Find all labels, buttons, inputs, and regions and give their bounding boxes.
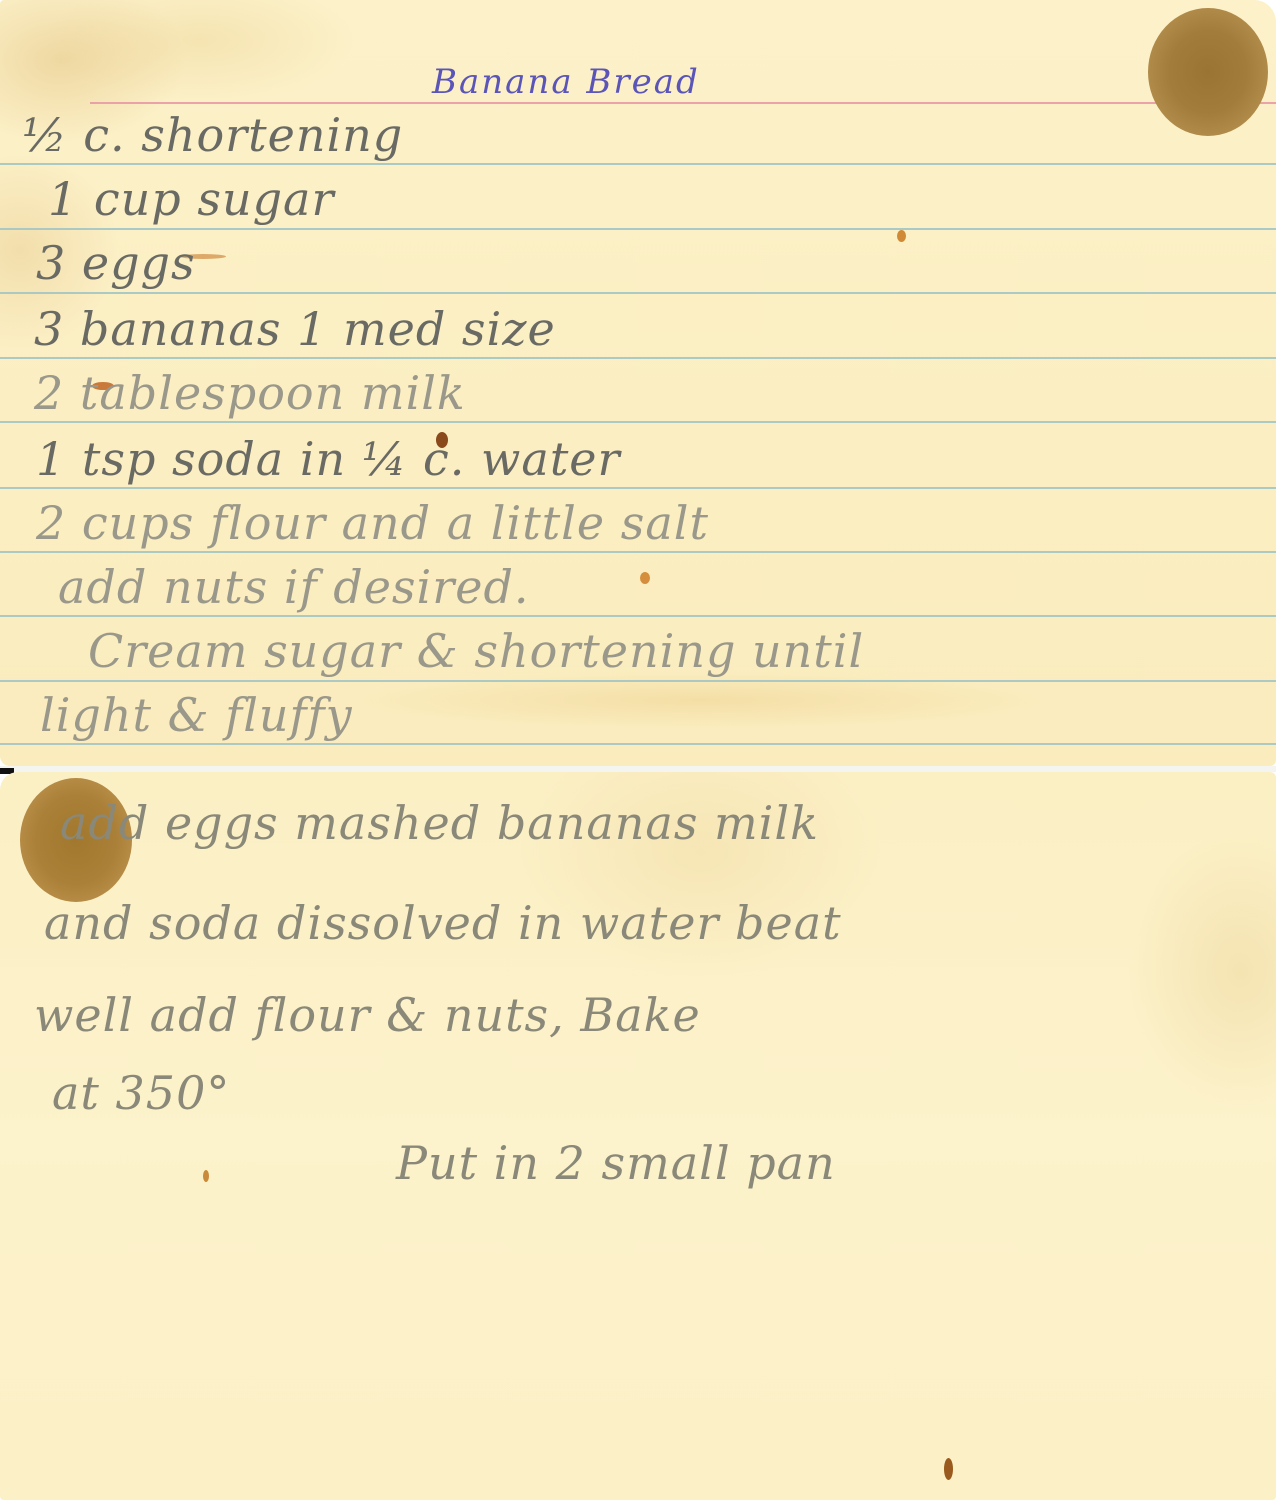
instruction-line: add eggs mashed bananas milk xyxy=(60,796,819,850)
ruled-line xyxy=(0,551,1276,553)
ruled-line xyxy=(0,743,1276,745)
grease-stain xyxy=(1148,8,1268,136)
ruled-line xyxy=(0,421,1276,423)
ingredient-line: 1 cup sugar xyxy=(48,172,334,226)
recipe-title: Banana Bread xyxy=(432,62,700,102)
ingredient-line: 1 tsp soda in ¼ c. water xyxy=(36,432,621,486)
ruled-line xyxy=(0,228,1276,230)
stain-spot xyxy=(897,230,906,242)
ingredient-line: 2 cups flour and a little salt xyxy=(36,496,709,550)
instruction-line: light & fluffy xyxy=(40,688,353,742)
instruction-line: Cream sugar & shortening until xyxy=(88,624,864,678)
ruled-line xyxy=(0,357,1276,359)
instruction-line: at 350° xyxy=(52,1066,230,1120)
stain-spot xyxy=(944,1458,953,1480)
instruction-line: Put in 2 small pan xyxy=(396,1136,836,1190)
ruled-line xyxy=(0,680,1276,682)
red-header-rule xyxy=(90,102,1276,104)
ingredient-line: 3 eggs xyxy=(36,236,196,290)
ruled-line xyxy=(0,163,1276,165)
instruction-line: and soda dissolved in water beat xyxy=(44,896,842,950)
instruction-line: well add flour & nuts, Bake xyxy=(34,988,701,1042)
stain-spot xyxy=(203,1170,209,1182)
recipe-card-front: Banana Bread ½ c. shortening 1 cup sugar… xyxy=(0,0,1276,766)
stain-spot xyxy=(640,572,650,584)
ruled-line xyxy=(0,615,1276,617)
ingredient-line: 3 bananas 1 med size xyxy=(34,302,556,356)
ingredient-line: ½ c. shortening xyxy=(22,108,403,162)
recipe-card-back: add eggs mashed bananas milk and soda di… xyxy=(0,772,1276,1500)
ruled-line xyxy=(0,487,1276,489)
ingredient-line: add nuts if desired. xyxy=(58,560,530,614)
ingredient-line: 2 tablespoon milk xyxy=(34,366,466,420)
ruled-line xyxy=(0,292,1276,294)
